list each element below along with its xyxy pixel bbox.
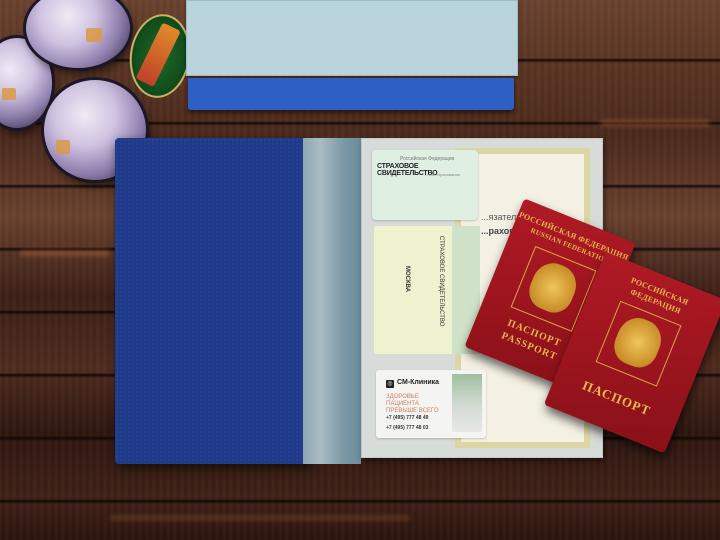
clinic-phone: +7 (495) 777 48 49 bbox=[386, 415, 428, 421]
snils-card: Российская Федерация СТРАХОВОЕ СВИДЕТЕЛЬ… bbox=[372, 150, 478, 220]
document-cover-pocket-flap bbox=[303, 138, 361, 464]
clinic-phone: +7 (495) 777 48 03 bbox=[386, 425, 428, 431]
rotated-card-title: СТРАХОВОЕ СВИДЕТЕЛЬСТВО bbox=[438, 236, 444, 346]
document-cover-left-panel bbox=[115, 138, 310, 464]
clinic-logo-icon: ◎ bbox=[386, 380, 394, 388]
blurred-region bbox=[452, 374, 482, 432]
wood-grain bbox=[20, 250, 110, 256]
clinic-name: СМ-Клиника bbox=[397, 379, 439, 386]
wood-grain bbox=[600, 120, 710, 126]
clinic-slogan: ЗДОРОВЬЕ ПАЦИЕНТА ПРЕВЫШЕ ВСЕГО bbox=[386, 394, 446, 415]
wood-grain bbox=[110, 515, 410, 521]
blue-leather-sample bbox=[188, 78, 514, 110]
rotated-insurance-card: СТРАХОВОЕ СВИДЕТЕЛЬСТВО МОСКВА bbox=[374, 226, 480, 354]
rotated-card-city: МОСКВА bbox=[404, 266, 410, 376]
light-blue-leather-sample bbox=[186, 0, 518, 76]
snils-subtitle: ...ного страхования bbox=[424, 172, 460, 177]
snils-header: Российская Федерация bbox=[400, 156, 454, 162]
clinic-card: ◎ СМ-Клиника ЗДОРОВЬЕ ПАЦИЕНТА ПРЕВЫШЕ В… bbox=[376, 370, 486, 438]
